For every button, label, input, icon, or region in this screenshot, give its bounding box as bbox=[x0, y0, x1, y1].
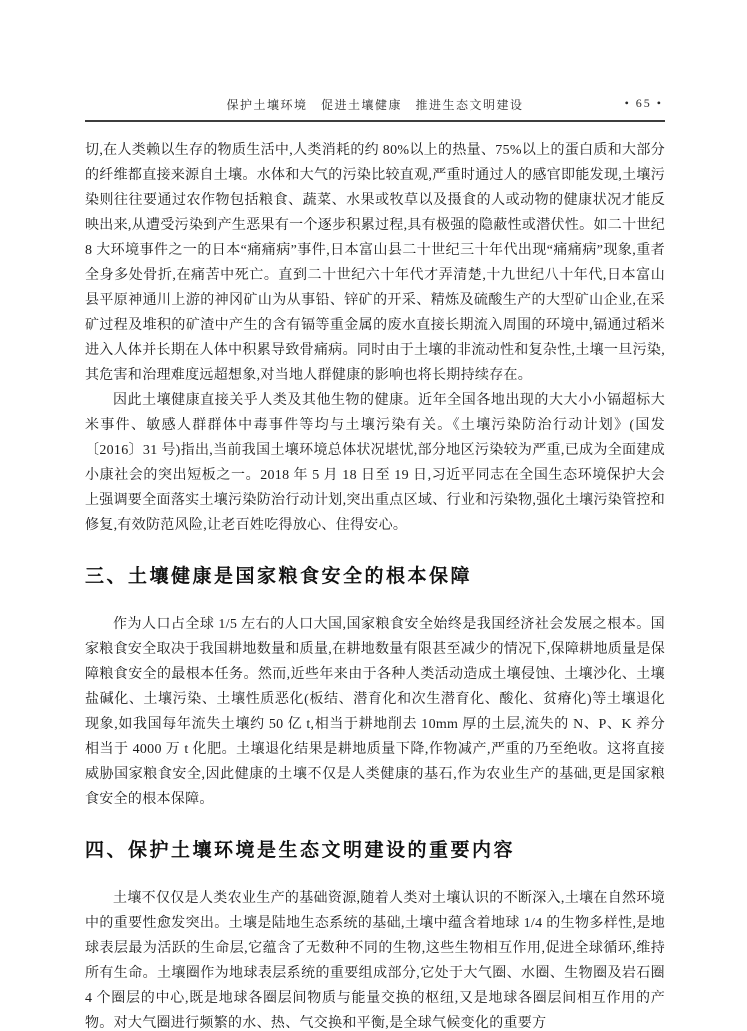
page-header: 保护土壤环境 促进土壤健康 推进生态文明建设 • 65 • bbox=[85, 96, 665, 112]
type-area: 保护土壤环境 促进土壤健康 推进生态文明建设 • 65 • 切,在人类赖以生存的… bbox=[85, 96, 665, 1031]
header-rule bbox=[85, 120, 665, 122]
document-page: 保护土壤环境 促进土壤健康 推进生态文明建设 • 65 • 切,在人类赖以生存的… bbox=[0, 0, 747, 1031]
page-body: 切,在人类赖以生存的物质生活中,人类消耗的约 80%以上的热量、75%以上的蛋白… bbox=[85, 138, 665, 1031]
body-paragraph: 因此土壤健康直接关乎人类及其他生物的健康。近年全国各地出现的大大小小镉超标大米事… bbox=[85, 388, 665, 538]
body-paragraph: 土壤不仅仅是人类农业生产的基础资源,随着人类对土壤认识的不断深入,土壤在自然环境… bbox=[85, 886, 665, 1031]
section-heading-3: 三、土壤健康是国家粮食安全的根本保障 bbox=[85, 561, 665, 588]
running-header-title: 保护土壤环境 促进土壤健康 推进生态文明建设 bbox=[85, 96, 665, 113]
section-heading-4: 四、保护土壤环境是生态文明建设的重要内容 bbox=[85, 835, 665, 862]
page-number: • 65 • bbox=[625, 96, 663, 111]
body-paragraph-continued: 切,在人类赖以生存的物质生活中,人类消耗的约 80%以上的热量、75%以上的蛋白… bbox=[85, 138, 665, 388]
body-paragraph: 作为人口占全球 1/5 左右的人口大国,国家粮食安全始终是我国经济社会发展之根本… bbox=[85, 612, 665, 812]
